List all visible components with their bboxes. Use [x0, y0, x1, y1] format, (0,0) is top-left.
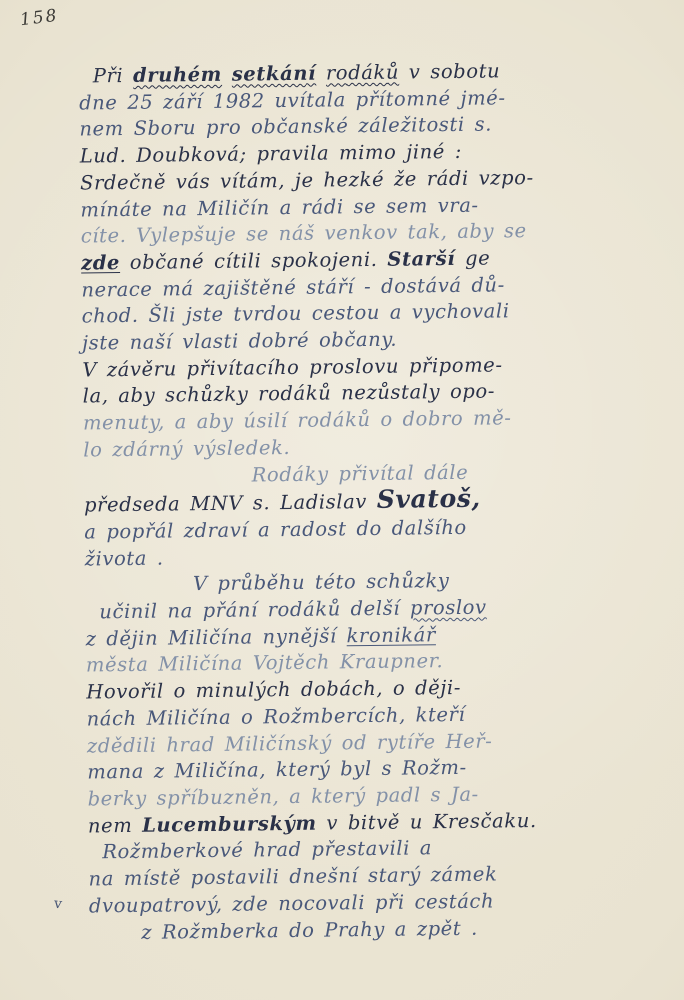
- emphasized-word: Starší: [387, 247, 455, 271]
- emphasized-word: proslov: [410, 596, 487, 620]
- emphasized-word: Svatoš,: [377, 484, 481, 514]
- chronicle-page: 158 v Při druhém setkání rodáků v sobotu…: [0, 0, 684, 1000]
- handwriting-line: z Rožmberka do Prahy a zpět .: [141, 913, 661, 946]
- emphasized-word: rodáků: [326, 61, 399, 85]
- handwritten-text-block: Při druhém setkání rodáků v sobotudne 25…: [79, 57, 662, 947]
- emphasized-word: Lucemburským: [142, 811, 317, 836]
- emphasized-word: zde: [81, 251, 120, 274]
- emphasized-word: setkání: [232, 62, 317, 86]
- emphasized-word: kronikář: [346, 623, 436, 647]
- page-number: 158: [19, 6, 60, 31]
- margin-checkmark-icon: v: [53, 896, 63, 913]
- emphasized-word: druhém: [133, 63, 222, 87]
